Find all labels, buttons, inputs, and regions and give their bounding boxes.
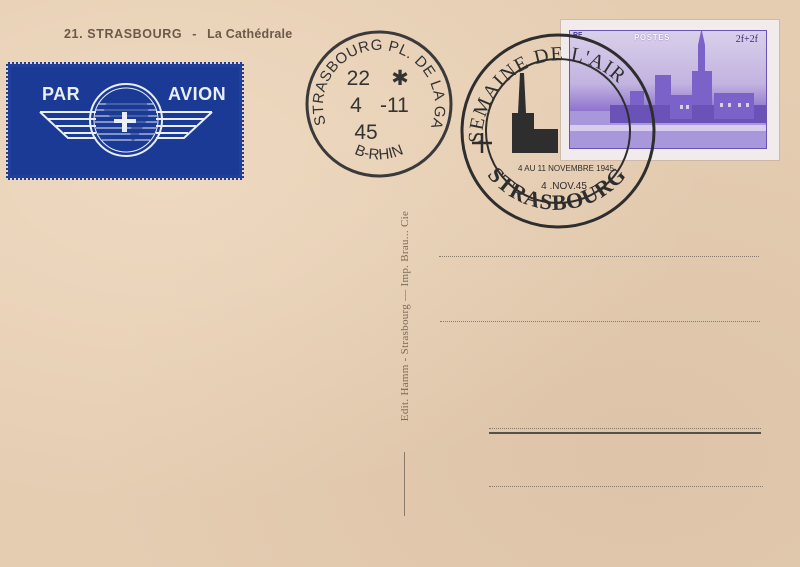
airmail-label-left-word: PAR: [42, 84, 80, 105]
cancel-date: 4 .NOV.45: [541, 181, 587, 192]
address-line-4: [489, 486, 763, 487]
postmark-top-text: STRASBOURG PL. DE LA GARE: [304, 29, 448, 131]
caption-number: 21.: [64, 27, 83, 41]
publisher-imprint: Edit. Hamm - Strasbourg — Imp. Brau... C…: [396, 171, 414, 461]
cancel-top-text: SEMAINE DE L'AIR: [465, 43, 631, 143]
postmark-year: 45: [354, 121, 377, 144]
postmark-hour: 22: [347, 67, 370, 90]
postmark-day: 4: [350, 94, 362, 117]
address-line-1: [439, 256, 759, 257]
postcard-back: 21. STRASBOURG - La Cathédrale: [0, 0, 800, 567]
caption-city: STRASBOURG: [87, 27, 182, 41]
address-line-3-dotted: [489, 428, 761, 429]
caption-subject: La Cathédrale: [207, 27, 292, 41]
round-postmark: STRASBOURG PL. DE LA GARE B-RHIN 22 ✱ 4 …: [304, 29, 454, 179]
svg-text:STRASBOURG PL. DE LA GARE: STRASBOURG PL. DE LA GARE: [304, 29, 448, 131]
address-line-3: [489, 432, 761, 434]
address-line-2: [440, 321, 760, 322]
postmark-month: -11: [380, 94, 409, 117]
airmail-label: PAR AVION: [6, 62, 244, 180]
postmark-bottom-text: B-RHIN: [352, 141, 405, 163]
publisher-text: Edit. Hamm - Strasbourg — Imp. Brau... C…: [399, 211, 411, 421]
cancel-ribbon-text: 4 AU 11 NOVEMBRE 1945: [518, 164, 614, 173]
stamp-value: 2f+2f: [736, 34, 758, 45]
center-divider: [404, 452, 405, 516]
postmark-star-icon: ✱: [391, 67, 409, 90]
postcard-caption: 21. STRASBOURG - La Cathédrale: [64, 27, 292, 41]
airmail-label-right-word: AVION: [168, 84, 226, 105]
caption-separator: -: [192, 27, 197, 41]
svg-text:SEMAINE DE L'AIR: SEMAINE DE L'AIR: [465, 43, 631, 143]
svg-text:B-RHIN: B-RHIN: [352, 141, 405, 163]
commemorative-cancel: SEMAINE DE L'AIR STRASBOURG 4 AU 11 NOVE…: [460, 33, 660, 233]
cathedral-icon: [512, 73, 558, 153]
